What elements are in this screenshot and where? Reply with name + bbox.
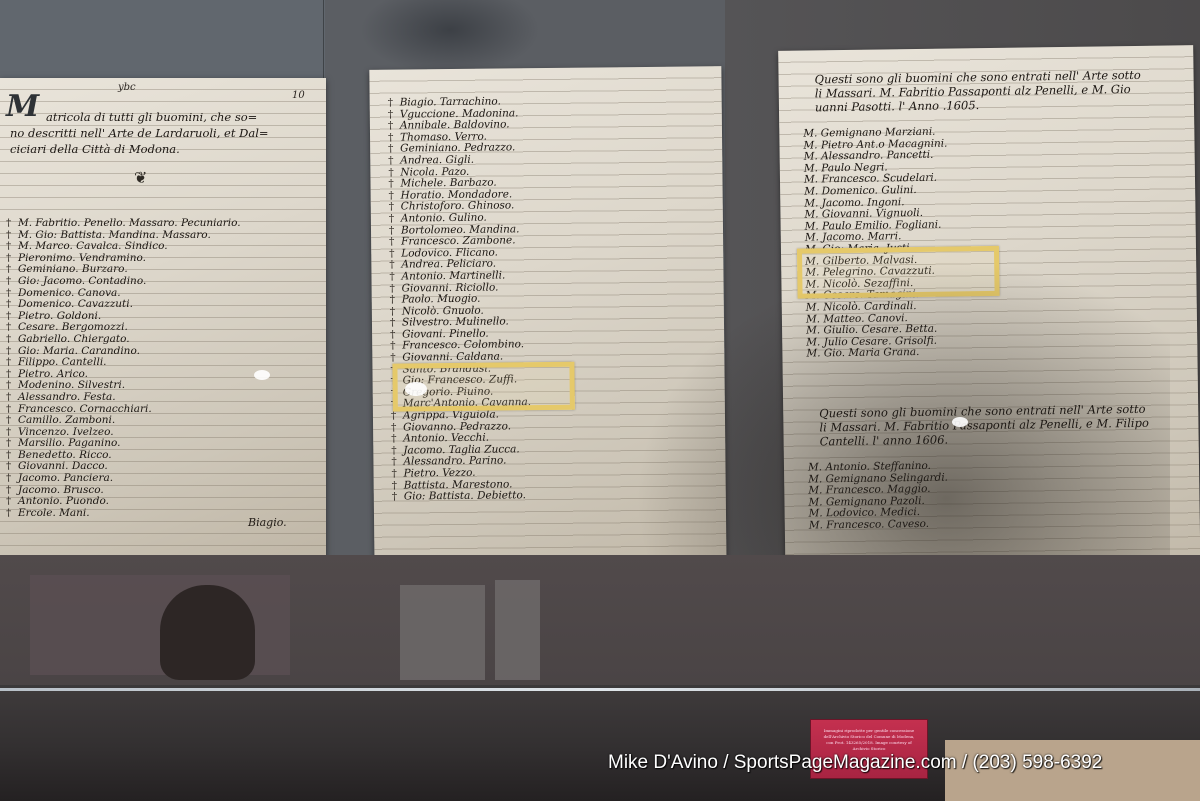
cross-mark-icon: † [392,469,404,481]
member-name: Filippo. Cantelli. [18,356,107,368]
member-name: Geminiano. Burzaro. [18,263,128,275]
cross-mark-icon: † [389,213,401,225]
member-name: Benedetto. Ricco. [18,449,112,461]
member-name: Domenico. Canova. [18,287,121,299]
manuscript-page-right: Questi sono gli buomini che sono entrati… [778,45,1200,601]
list-item: †Gio: Battista. Debietto. [392,490,532,503]
name-list: †M. Fabritio. Penello. Massaro. Pecuniar… [6,218,241,519]
member-name: Gio: Maria. Carandino. [18,345,140,357]
member-name: M. Fabritio. Penello. Massaro. Pecuniari… [18,217,241,229]
member-name: Vincenzo. Ivelzeo. [18,426,114,438]
wall-smudge [360,0,540,75]
cross-mark-icon: † [389,271,401,283]
light-glare [952,417,968,427]
cross-mark-icon: † [6,357,18,369]
member-name: M. Francesco. Caveso. [809,518,929,532]
member-name: Jacomo. Panciera. [18,472,113,484]
member-name: Domenico. Cavazzuti. [18,298,133,310]
folio-number: 10 [292,90,305,101]
cross-mark-icon: † [392,492,404,504]
cross-mark-icon: † [6,473,18,485]
member-name: Pieronimo. Vendramino. [18,252,146,264]
light-glare [254,370,270,380]
member-name: M. Gio: Battista. Mandina. Massaro. [18,229,211,241]
member-name: Camillo. Zamboni. [18,414,115,426]
name-list: †Biagio. Tarrachino.†Vguccione. Madonina… [388,96,532,503]
cross-mark-icon: † [391,411,403,423]
section-heading-1606-line-3: Cantelli. l' anno 1606. [820,433,949,449]
list-item: M. Francesco. Caveso. [809,519,949,533]
folio-mark: ybc [118,82,136,93]
cross-mark-icon: † [6,276,18,288]
cross-mark-icon: † [389,237,401,249]
light-glare [405,382,427,396]
member-name: M. Gio. Maria Grana. [806,346,919,360]
cross-mark-icon: † [6,218,18,230]
reflected-document [495,580,540,680]
reflected-visitor-head [160,585,255,680]
member-name: M. Marco. Cavalca. Sindico. [18,240,168,252]
member-name: Jacomo. Brusco. [18,484,104,496]
list-item: M. Gio. Maria Grana. [806,347,950,361]
name-list-1606: M. Antonio. Steffanino.M. Gemignano Seli… [808,461,949,533]
member-name: Cesare. Bergomozzi. [18,321,128,333]
cross-mark-icon: † [6,334,18,346]
member-name: Francesco. Cornacchiari. [18,403,152,415]
signature: Biagio. [248,516,287,529]
cross-mark-icon: † [388,98,400,110]
member-name: Ercole. Mani. [18,507,90,519]
member-name: Alessandro. Festa. [18,391,116,403]
illuminated-initial: M [6,90,42,124]
page-heading-line-1: atricola di tutti gli buomini, che so= [46,110,257,124]
cross-mark-icon: † [390,295,402,307]
member-name: Gabriello. Chiergato. [18,333,130,345]
photo-credit-watermark: Mike D'Avino / SportsPageMagazine.com / … [608,752,1102,774]
cross-mark-icon: † [6,299,18,311]
ornament-icon: ❦ [134,168,147,187]
member-name: Pietro. Arico. [18,368,88,380]
member-name: Antonio. Puondo. [18,495,109,507]
highlight-box [797,246,1000,299]
member-name: Silvestro. Mulinello. [402,316,509,329]
member-name: Pietro. Goldoni. [18,310,101,322]
manuscript-page-left: ybc 10 M atricola di tutti gli buomini, … [0,78,326,560]
member-name: Marsilio. Paganino. [18,437,121,449]
member-name: Gio: Battista. Debietto. [404,489,526,502]
page-heading-line-3: ciciari della Città di Modona. [10,142,180,156]
member-name: Gio: Jacomo. Contadino. [18,275,146,287]
cross-mark-icon: † [388,156,400,168]
name-list-1605: M. Gemignano Marziani.M. Pietro Ant.o Ma… [803,127,950,361]
cross-mark-icon: † [6,392,18,404]
reflected-document [400,585,485,680]
member-name: Giovanni. Riciollo. [402,281,499,294]
member-name: Modenino. Silvestri. [18,379,125,391]
list-item: †Ercole. Mani. [6,508,241,520]
member-name: Giovanni. Dacco. [18,460,108,472]
manuscript-page-middle: †Biagio. Tarrachino.†Vguccione. Madonina… [369,66,726,582]
section-heading-1605-line-3: uanni Pasotti. l' Anno .1605. [815,98,980,114]
cross-mark-icon: † [6,508,18,520]
cross-mark-icon: † [6,415,18,427]
page-heading-line-2: no descritti nell' Arte de Lardaruoli, e… [10,126,269,140]
member-name: Alessandro. Parino. [403,455,506,468]
